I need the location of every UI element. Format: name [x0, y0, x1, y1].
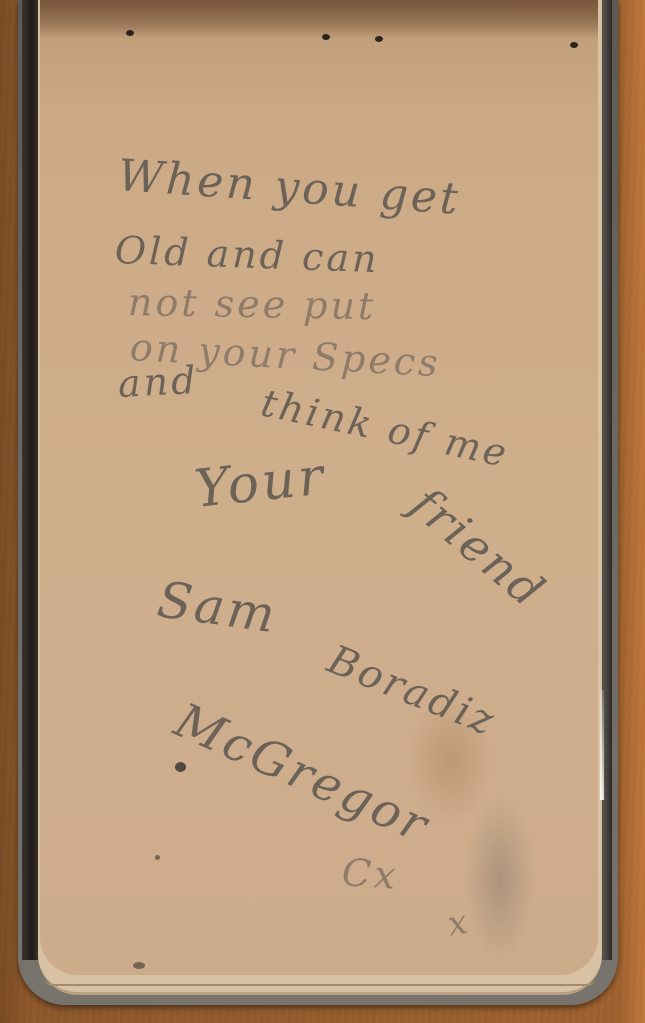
verse-line-2: Old and can [114, 228, 380, 281]
verse-line-3: not see put [128, 280, 377, 328]
cover-left-binding [22, 0, 38, 960]
binding-hole [322, 34, 330, 40]
ink-spot [175, 762, 186, 772]
binding-hole [570, 42, 578, 48]
page-edge-highlight [600, 690, 604, 800]
binding-hole [375, 36, 383, 42]
signature-extra: Cx [340, 850, 399, 898]
binding-hole [126, 30, 134, 36]
ink-speck [133, 962, 145, 969]
ink-speck [155, 855, 160, 860]
verse-line-5: and [117, 358, 200, 406]
page-fold-shadow [40, 0, 598, 36]
